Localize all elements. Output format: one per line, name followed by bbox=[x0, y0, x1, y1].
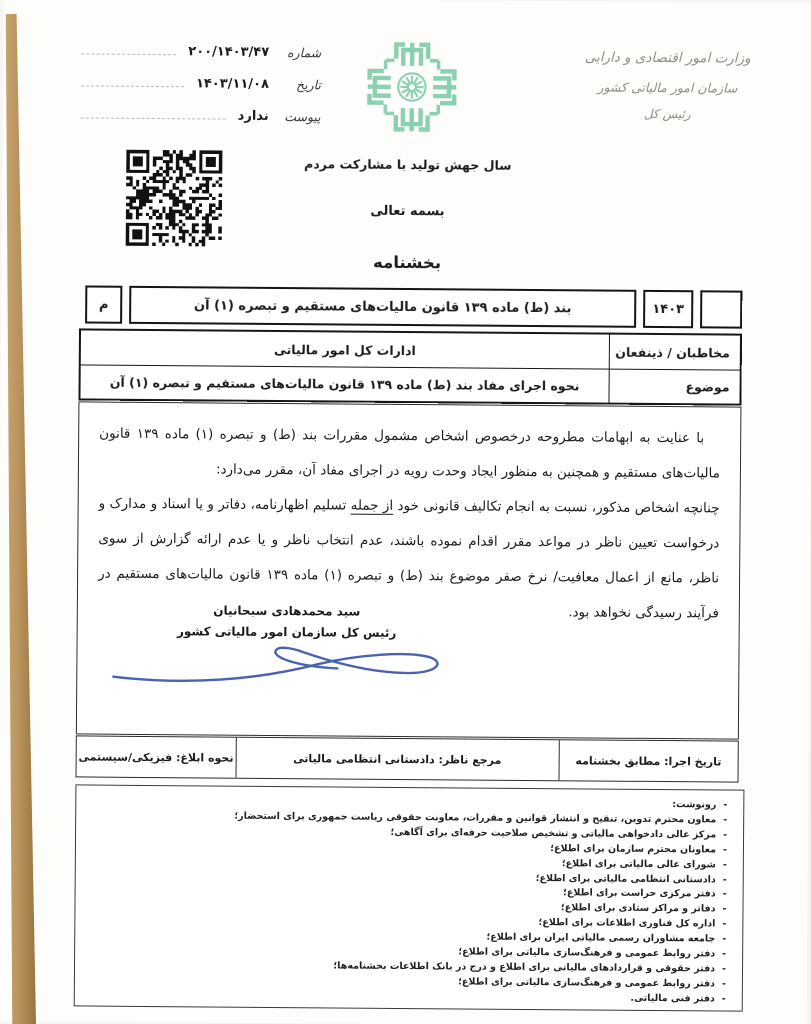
subject-label: موضوع bbox=[608, 370, 739, 404]
letterhead-ministry-block: وزارت امور اقتصادی و دارایی سازمان امور … bbox=[535, 49, 801, 122]
number-value: ۲۰۰/۱۴۰۳/۴۷ bbox=[188, 44, 269, 60]
supervisor-cell: مرجع ناظر: دادستانی انتظامی مالیاتی bbox=[235, 738, 559, 781]
document-type-title: بخشنامه bbox=[1, 250, 811, 275]
year-slogan: سال جهش تولید با مشارکت مردم bbox=[2, 154, 811, 175]
document-paper: شماره ۲۰۰/۱۴۰۳/۴۷ تاریخ ۱۴۰۳/۱۱/۰۸ پیوست… bbox=[0, 0, 811, 1024]
paragraph2-underlined: از جمله bbox=[351, 498, 394, 514]
legal-reference-box: بند (ط) ماده ۱۳۹ قانون مالیات‌های مستقیم… bbox=[129, 286, 636, 328]
info-table: مخاطبان / ذینفعان ادارات کل امور مالیاتی… bbox=[78, 328, 742, 405]
subject-row: موضوع نحوه اجرای مفاد بند (ط) ماده ۱۳۹ ق… bbox=[80, 364, 739, 403]
addressees-row: مخاطبان / ذینفعان ادارات کل امور مالیاتی bbox=[81, 330, 740, 369]
body-paragraph-1: با عنایت به ابهامات مطروحه درخصوص اشخاص … bbox=[99, 417, 721, 492]
notification-method-cell: نحوه ابلاغ: فیزیکی/سیستمی bbox=[77, 736, 236, 777]
category-box: م bbox=[85, 285, 122, 323]
dotted-line bbox=[81, 53, 176, 55]
addressees-label: مخاطبان / ذینفعان bbox=[609, 335, 740, 370]
meta-strip: تاریخ اجرا: مطابق بخشنامه مرجع ناظر: داد… bbox=[76, 735, 739, 782]
year-box: ۱۴۰۳ bbox=[643, 290, 693, 328]
tax-administration-logo-icon bbox=[359, 34, 466, 141]
signer-name: سید محمدهادی سبحانیان bbox=[122, 603, 452, 620]
letterhead-reference-block: شماره ۲۰۰/۱۴۰۳/۴۷ تاریخ ۱۴۰۳/۱۱/۰۸ پیوست… bbox=[81, 43, 322, 141]
number-label: شماره bbox=[269, 45, 321, 60]
scanned-circular-page: { "letterhead": { "number_label": "شماره… bbox=[0, 0, 811, 1024]
ministry-name: وزارت امور اقتصادی و دارایی bbox=[535, 49, 800, 67]
cc-list: رونوشت: معاون محترم تدوین، تنقیح و انتشا… bbox=[85, 794, 728, 1008]
signature-block: سید محمدهادی سبحانیان رئیس کل سازمان امو… bbox=[122, 603, 452, 641]
dotted-line bbox=[81, 117, 226, 119]
dotted-line bbox=[81, 85, 184, 87]
besmellah-text: بسمه تعالی bbox=[2, 201, 811, 222]
classification-strip: ۱۴۰۳ بند (ط) ماده ۱۳۹ قانون مالیات‌های م… bbox=[85, 285, 742, 328]
cc-box: رونوشت: معاون محترم تدوین، تنقیح و انتشا… bbox=[74, 784, 745, 1011]
organization-name: سازمان امور مالیاتی کشور bbox=[535, 79, 800, 96]
attachment-row: پیوست ندارد bbox=[81, 107, 321, 124]
office-title: رئیس کل bbox=[535, 106, 800, 122]
attachment-label: پیوست bbox=[269, 109, 321, 124]
date-value: ۱۴۰۳/۱۱/۰۸ bbox=[196, 76, 269, 92]
date-label: تاریخ bbox=[269, 77, 321, 92]
handwritten-signature bbox=[107, 633, 467, 696]
subject-value: نحوه اجرای مفاد بند (ط) ماده ۱۳۹ قانون م… bbox=[80, 365, 608, 402]
date-row: تاریخ ۱۴۰۳/۱۱/۰۸ bbox=[81, 75, 321, 92]
reference-number-row: شماره ۲۰۰/۱۴۰۳/۴۷ bbox=[81, 43, 321, 60]
circular-body: با عنایت به ابهامات مطروحه درخصوص اشخاص … bbox=[76, 401, 742, 739]
attachment-value: ندارد bbox=[238, 109, 269, 124]
serial-box bbox=[700, 290, 742, 328]
addressees-value: ادارات کل امور مالیاتی bbox=[81, 330, 609, 368]
paragraph2-start: چنانچه اشخاص مذکور، نسبت به انجام تکالیف… bbox=[393, 498, 720, 517]
execution-date-cell: تاریخ اجرا: مطابق بخشنامه bbox=[559, 740, 738, 781]
